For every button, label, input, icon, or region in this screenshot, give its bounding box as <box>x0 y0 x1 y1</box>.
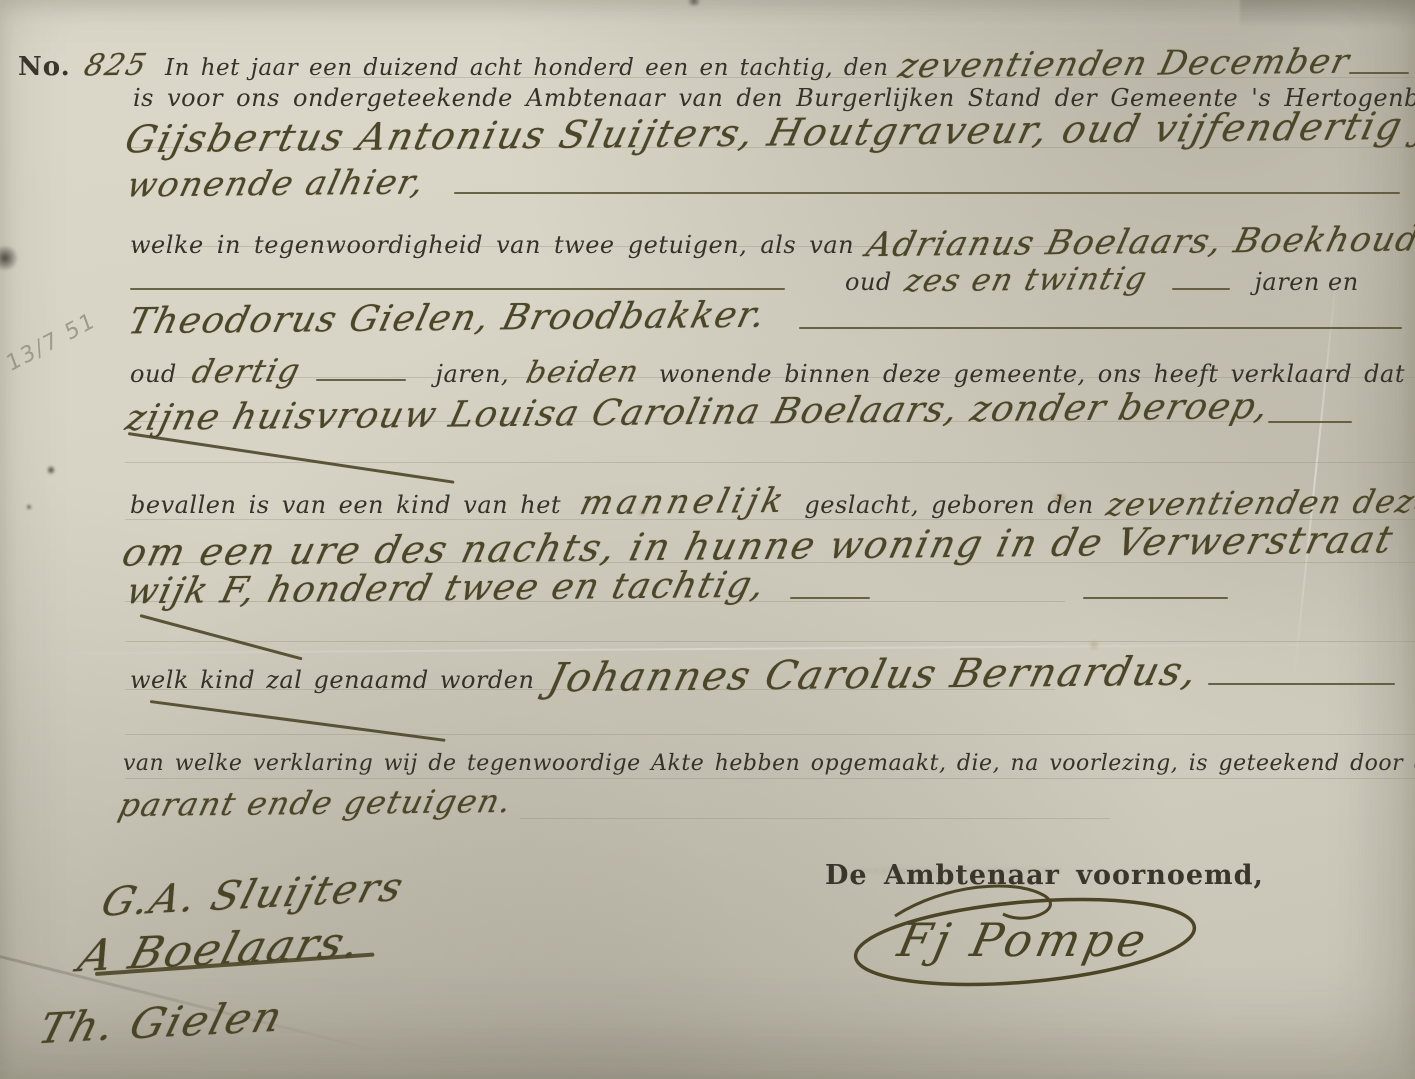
filler-stroke <box>128 432 455 483</box>
signature-gielen: Th. Gielen <box>33 992 289 1053</box>
form-rule <box>130 288 785 290</box>
printed-text: jaren en <box>1254 268 1358 296</box>
form-rule <box>1172 288 1230 290</box>
form-rule <box>316 379 405 381</box>
printed-text: In het jaar een duizend acht honderd een… <box>165 55 888 81</box>
handwritten-closing-b: parant ende getuigen. <box>115 782 517 824</box>
printed-text: van welke verklaring wij de tegenwoordig… <box>123 751 1415 776</box>
printed-text: oud <box>130 360 177 388</box>
officer-signature-text: Fj Pompe <box>892 913 1154 966</box>
printed-text: geslacht, geboren den <box>804 491 1093 519</box>
form-rule <box>454 192 1400 194</box>
printed-text: bevallen is van een kind van het <box>130 491 561 519</box>
form-rule <box>790 597 870 599</box>
handwritten-age1: zes en twintig <box>901 261 1151 300</box>
line-witness2: Theodorus Gielen, Broodbakker. <box>130 298 1402 339</box>
line-closing: van welke verklaring wij de tegenwoordig… <box>123 744 1405 777</box>
line-residence: wonende alhier, <box>128 164 1400 204</box>
line-father: Gijsbertus Antonius Sluijters, Houtgrave… <box>128 110 1415 154</box>
line-closing-continued: parant ende getuigen. <box>120 784 512 822</box>
printed-text: jaren, <box>436 360 510 388</box>
line-witness2-age: oud dertig jaren, beiden wonende binnen … <box>130 352 1405 390</box>
handwritten-both: beiden <box>523 354 643 390</box>
ruled-line <box>125 778 1415 779</box>
form-rule <box>1083 597 1228 599</box>
bleed-through-text: ............................. <box>858 853 1064 877</box>
top-right-shade <box>1240 0 1415 30</box>
line-year-date: In het jaar een duizend acht honderd een… <box>165 44 1400 84</box>
margin-note: 13/7 51 <box>3 308 99 378</box>
line-birth: bevallen is van een kind van het manneli… <box>130 482 1408 522</box>
ink-dot-2 <box>26 504 32 510</box>
handwritten-age2: dertig <box>188 351 305 390</box>
printed-text: welke in tegenwoordigheid van twee getui… <box>130 231 854 259</box>
form-rule <box>1349 72 1409 74</box>
birth-certificate-scan: No. 825 In het jaar een duizend acht hon… <box>0 0 1415 1079</box>
printed-text: wonende binnen deze gemeente, ons heeft … <box>659 360 1405 388</box>
top-edge-mark <box>686 0 702 6</box>
ink-dot-1 <box>47 465 55 475</box>
edge-smudge <box>0 246 20 270</box>
form-rule <box>1268 421 1352 423</box>
ruled-line <box>125 641 1415 642</box>
handwritten-mother-name: zijne huisvrouw Louisa Carolina Boelaars… <box>122 386 1274 439</box>
printed-text: welk kind zal genaamd worden <box>130 666 534 694</box>
ruled-line <box>520 818 1110 819</box>
line-witness1-age: oud zes en twintig jaren en <box>130 262 1405 298</box>
form-rule <box>1208 683 1395 685</box>
act-number-value: 825 <box>80 48 150 84</box>
handwritten-date: zeventienden December <box>895 42 1355 87</box>
printed-text: oud <box>845 268 892 296</box>
handwritten-father-name: Gijsbertus Antonius Sluijters, Houtgrave… <box>121 103 1415 162</box>
act-number-label: No. <box>18 52 71 82</box>
handwritten-residence: wonende alhier, <box>123 162 429 205</box>
handwritten-witness1: Adrianus Boelaars, Boekhouder, <box>863 219 1415 265</box>
handwritten-witness2: Theodorus Gielen, Broodbakker. <box>124 295 770 343</box>
handwritten-child-name: Johannes Carolus Bernardus, <box>544 649 1204 702</box>
officer-signature: Fj Pompe <box>835 874 1215 1004</box>
ruled-line <box>125 734 1415 735</box>
line-house-number: wijk F, honderd twee en tachtig, <box>128 568 1228 609</box>
line-child-name: welk kind zal genaamd worden Johannes Ca… <box>130 652 1395 698</box>
line-witness-intro: welke in tegenwoordigheid van twee getui… <box>130 222 1378 262</box>
form-rule <box>799 327 1402 329</box>
filler-stroke <box>150 700 446 741</box>
handwritten-gender: mannelijk <box>576 481 791 523</box>
handwritten-house-number: wijk F, honderd twee en tachtig, <box>122 565 770 613</box>
line-birth-time-place: om een ure des nachts, in hunne woning i… <box>125 524 1392 568</box>
line-mother: zijne huisvrouw Louisa Carolina Boelaars… <box>128 392 1352 433</box>
act-number: No. 825 <box>18 48 146 83</box>
